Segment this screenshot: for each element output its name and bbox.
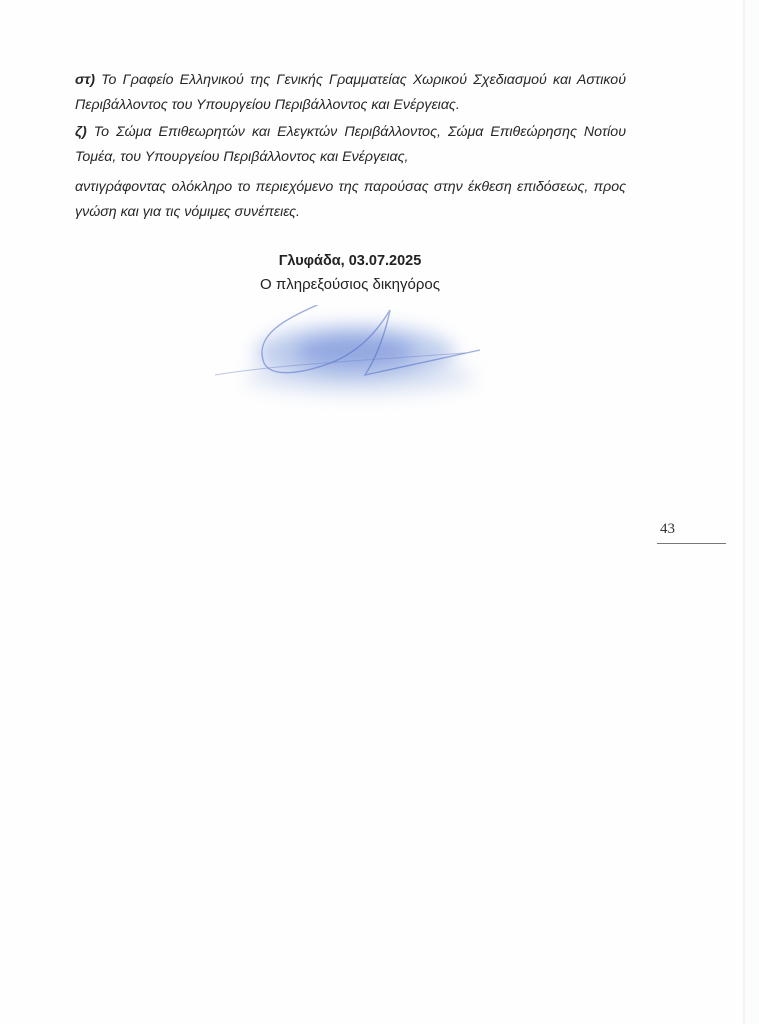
paragraph-st: στ) Το Γραφείο Ελληνικού της Γενικής Γρα… (75, 68, 626, 118)
item-text: Το Σώμα Επιθεωρητών και Ελεγκτών Περιβάλ… (75, 124, 626, 165)
scan-margin (745, 0, 759, 1024)
paragraph-z: ζ) Το Σώμα Επιθεωρητών και Ελεγκτών Περι… (75, 120, 626, 170)
paragraph-closing: αντιγράφοντας ολόκληρο το περιεχόμενο τη… (75, 175, 626, 225)
item-text: αντιγράφοντας ολόκληρο το περιεχόμενο τη… (75, 179, 626, 220)
item-text: Το Γραφείο Ελληνικού της Γενικής Γραμματ… (75, 72, 626, 113)
place-date: Γλυφάδα, 03.07.2025 (0, 253, 700, 269)
page-number: 43 (660, 521, 675, 538)
page-number-rule (657, 543, 726, 544)
signer-title: Ο πληρεξούσιος δικηγόρος (0, 276, 700, 293)
signature-stroke (215, 305, 485, 405)
signature-stamp (215, 305, 485, 405)
page-edge (743, 0, 745, 1024)
item-label: ζ) (75, 124, 87, 140)
item-label: στ) (75, 72, 95, 88)
